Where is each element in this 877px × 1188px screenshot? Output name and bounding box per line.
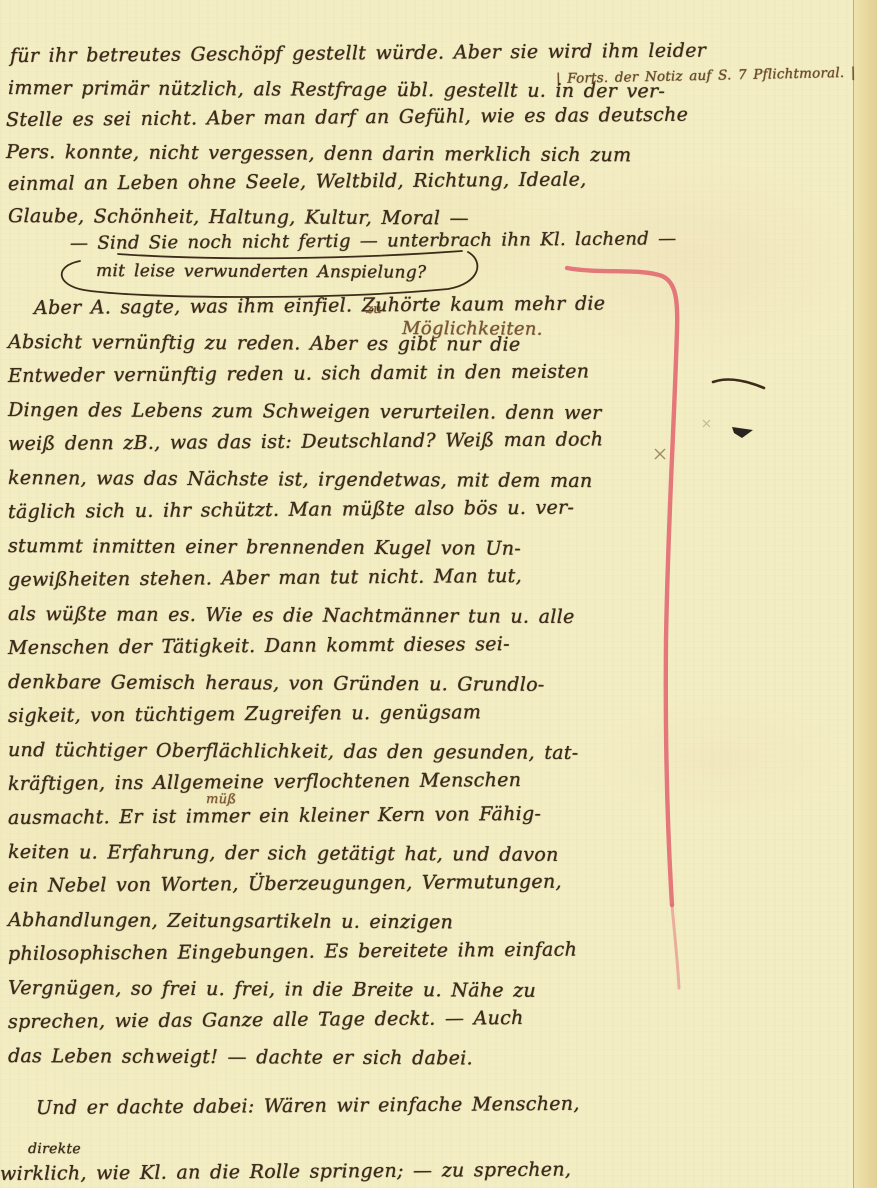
handwritten-line: Aber A. sagte, was ihm einfiel. Zuhörte … [34,294,605,319]
handwritten-line: Stelle es sei nicht. Aber man darf an Ge… [6,105,688,131]
handwritten-line: keiten u. Erfahrung, der sich getätigt h… [8,842,559,866]
handwritten-line: philosophischen Eingebungen. Es bereitet… [8,940,577,965]
handwritten-line: sprechen, wie das Ganze alle Tage deckt.… [8,1008,524,1033]
page-edge [853,0,877,1188]
handwritten-line: Und er dachte dabei: Wären wir einfache … [36,1094,580,1119]
insertion-word: direkte [28,1142,81,1158]
handwritten-line: denkbare Gemisch heraus, von Gründen u. … [8,672,545,696]
insertion-word: Möglichkeiten. [402,319,543,340]
handwritten-line: kräftigen, ins Allgemeine verflochtenen … [8,770,521,795]
handwritten-line: wirklich, wie Kl. an die Rolle springen;… [0,1160,571,1185]
handwritten-line: sigkeit, von tüchtigem Zugreifen u. genü… [8,702,481,727]
handwritten-line: und tüchtiger Oberflächlichkeit, das den… [8,740,579,764]
insertion-word: zu [366,303,382,317]
manuscript-page: | Forts. der Notiz auf S. 7 Pflichtmoral… [0,0,877,1188]
handwritten-line: für ihr betreutes Geschöpf gestellt würd… [10,41,706,67]
ink-blot-mark [732,427,753,438]
handwritten-line: ein Nebel von Worten, Überzeugungen, Ver… [8,872,562,897]
pencil-x-mark [703,420,710,427]
handwritten-line: das Leben schweigt! — dachte er sich dab… [8,1046,473,1069]
handwritten-line: Dingen des Lebens zum Schweigen verurtei… [8,400,602,424]
handwritten-line: als wüßte man es. Wie es die Nachtmänner… [8,604,575,628]
ink-dash-mark [713,380,764,388]
handwritten-line: Abhandlungen, Zeitungsartikeln u. einzig… [8,910,453,933]
handwritten-line: Vergnügen, so frei u. frei, in die Breit… [8,978,536,1002]
handwritten-line: kennen, was das Nächste ist, irgendetwas… [8,468,593,492]
handwritten-line: ausmacht. Er ist immer ein kleiner Kern … [8,804,541,829]
handwritten-line: Entweder vernünftig reden u. sich damit … [8,361,589,386]
handwritten-line: Glaube, Schönheit, Haltung, Kultur, Mora… [8,206,469,229]
handwritten-line: einmal an Leben ohne Seele, Weltbild, Ri… [8,169,587,194]
handwritten-line: gewißheiten stehen. Aber man tut nicht. … [8,566,522,591]
handwritten-line: Menschen der Tätigkeit. Dann kommt diese… [8,634,510,659]
pencil-x-mark [655,449,665,459]
handwritten-line: weiß denn zB., was das ist: Deutschland?… [8,429,603,455]
red-margin-line-tail [672,905,679,988]
dialogue-line: — Sind Sie noch nicht fertig — unterbrac… [70,229,677,254]
handwritten-line: täglich sich u. ihr schützt. Man müßte a… [8,498,574,523]
handwritten-line: stummt inmitten einer brennenden Kugel v… [8,536,521,560]
circled-annotation-text: mit leise verwunderten Anspielung? [96,262,426,282]
handwritten-line: immer primär nützlich, als Restfrage übl… [8,78,665,102]
handwritten-line: Pers. konnte, nicht vergessen, denn dari… [6,142,631,166]
